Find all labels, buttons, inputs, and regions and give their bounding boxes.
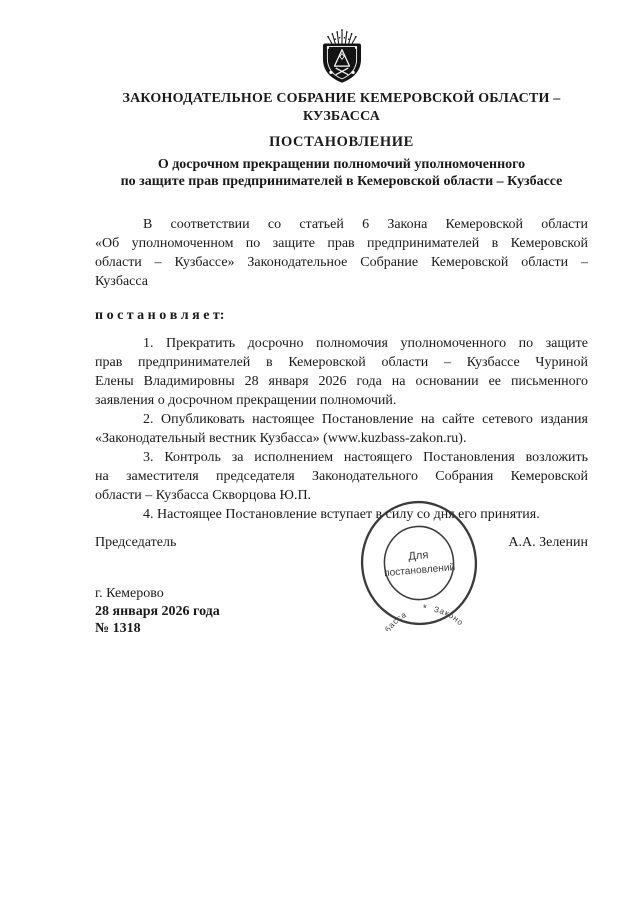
document-date: 28 января 2026 года <box>95 603 588 621</box>
text-line: 4. Настоящее Постановление вступает в си… <box>95 505 588 524</box>
stamp-center-line1: Для <box>408 549 429 563</box>
text-line: заявления о досрочном прекращении полном… <box>95 391 588 410</box>
document-title-line2: по защите прав предпринимателей в Кемеро… <box>95 174 588 191</box>
text-line: 1. Прекратить досрочно полномочия уполно… <box>95 334 588 353</box>
text-line: прав предпринимателей в Кемеровской обла… <box>95 353 588 372</box>
text-line: «Законодательный вестник Кузбасса» (www.… <box>95 429 588 448</box>
document-page: ЗАКОНОДАТЕЛЬНОЕ СОБРАНИЕ КЕМЕРОВСКОЙ ОБЛ… <box>0 0 640 905</box>
resolution-item-2: 2. Опубликовать настоящее Постановление … <box>95 410 588 448</box>
document-type-heading: ПОСТАНОВЛЕНИЕ <box>95 133 588 151</box>
resolution-items: 1. Прекратить досрочно полномочия уполно… <box>95 334 588 524</box>
text-line: 2. Опубликовать настоящее Постановление … <box>95 410 588 429</box>
text-line: области – Кузбассе» Законодательное Собр… <box>95 253 588 272</box>
signer-name: А.А. Зеленин <box>508 533 588 552</box>
resolution-item-1: 1. Прекратить досрочно полномочия уполно… <box>95 334 588 410</box>
resolves-word: п о с т а н о в л я е т: <box>95 306 588 325</box>
stamp-center-line2: постановлений <box>384 562 456 579</box>
text-line: «Об уполномоченном по защите прав предпр… <box>95 234 588 253</box>
place-date-block: г. Кемерово 28 января 2026 года № 1318 <box>95 585 588 638</box>
document-place: г. Кемерово <box>95 585 588 603</box>
text-line: Елены Владимировны 28 января 2026 года н… <box>95 372 588 391</box>
official-stamp: Законодательное Собрание Кемеровской обл… <box>353 493 486 633</box>
document-title-line1: О досрочном прекращении полномочий уполн… <box>95 157 588 174</box>
preamble-paragraph: В соответствии со статьей 6 Закона Кемер… <box>95 215 588 291</box>
document-title: О досрочном прекращении полномочий уполн… <box>95 157 588 190</box>
signature-row: Председатель А.А. Зеленин <box>95 533 588 552</box>
document-number: № 1318 <box>95 620 588 638</box>
coat-of-arms-icon <box>95 27 588 85</box>
document-content: ЗАКОНОДАТЕЛЬНОЕ СОБРАНИЕ КЕМЕРОВСКОЙ ОБЛ… <box>0 0 640 638</box>
text-line: 3. Контроль за исполнением настоящего По… <box>95 448 588 467</box>
signer-position: Председатель <box>95 533 176 552</box>
text-line: на заместителя председателя Законодатель… <box>95 467 588 486</box>
stamp-star: * <box>422 603 427 615</box>
svg-text:*: * <box>422 603 427 615</box>
resolution-item-3: 3. Контроль за исполнением настоящего По… <box>95 448 588 505</box>
text-line: области – Кузбасса Скворцова Ю.П. <box>95 486 588 505</box>
text-line: В соответствии со статьей 6 Закона Кемер… <box>95 215 588 234</box>
text-line: Кузбасса <box>95 272 588 291</box>
organization-name: ЗАКОНОДАТЕЛЬНОЕ СОБРАНИЕ КЕМЕРОВСКОЙ ОБЛ… <box>95 90 588 126</box>
resolution-item-4: 4. Настоящее Постановление вступает в си… <box>95 505 588 524</box>
